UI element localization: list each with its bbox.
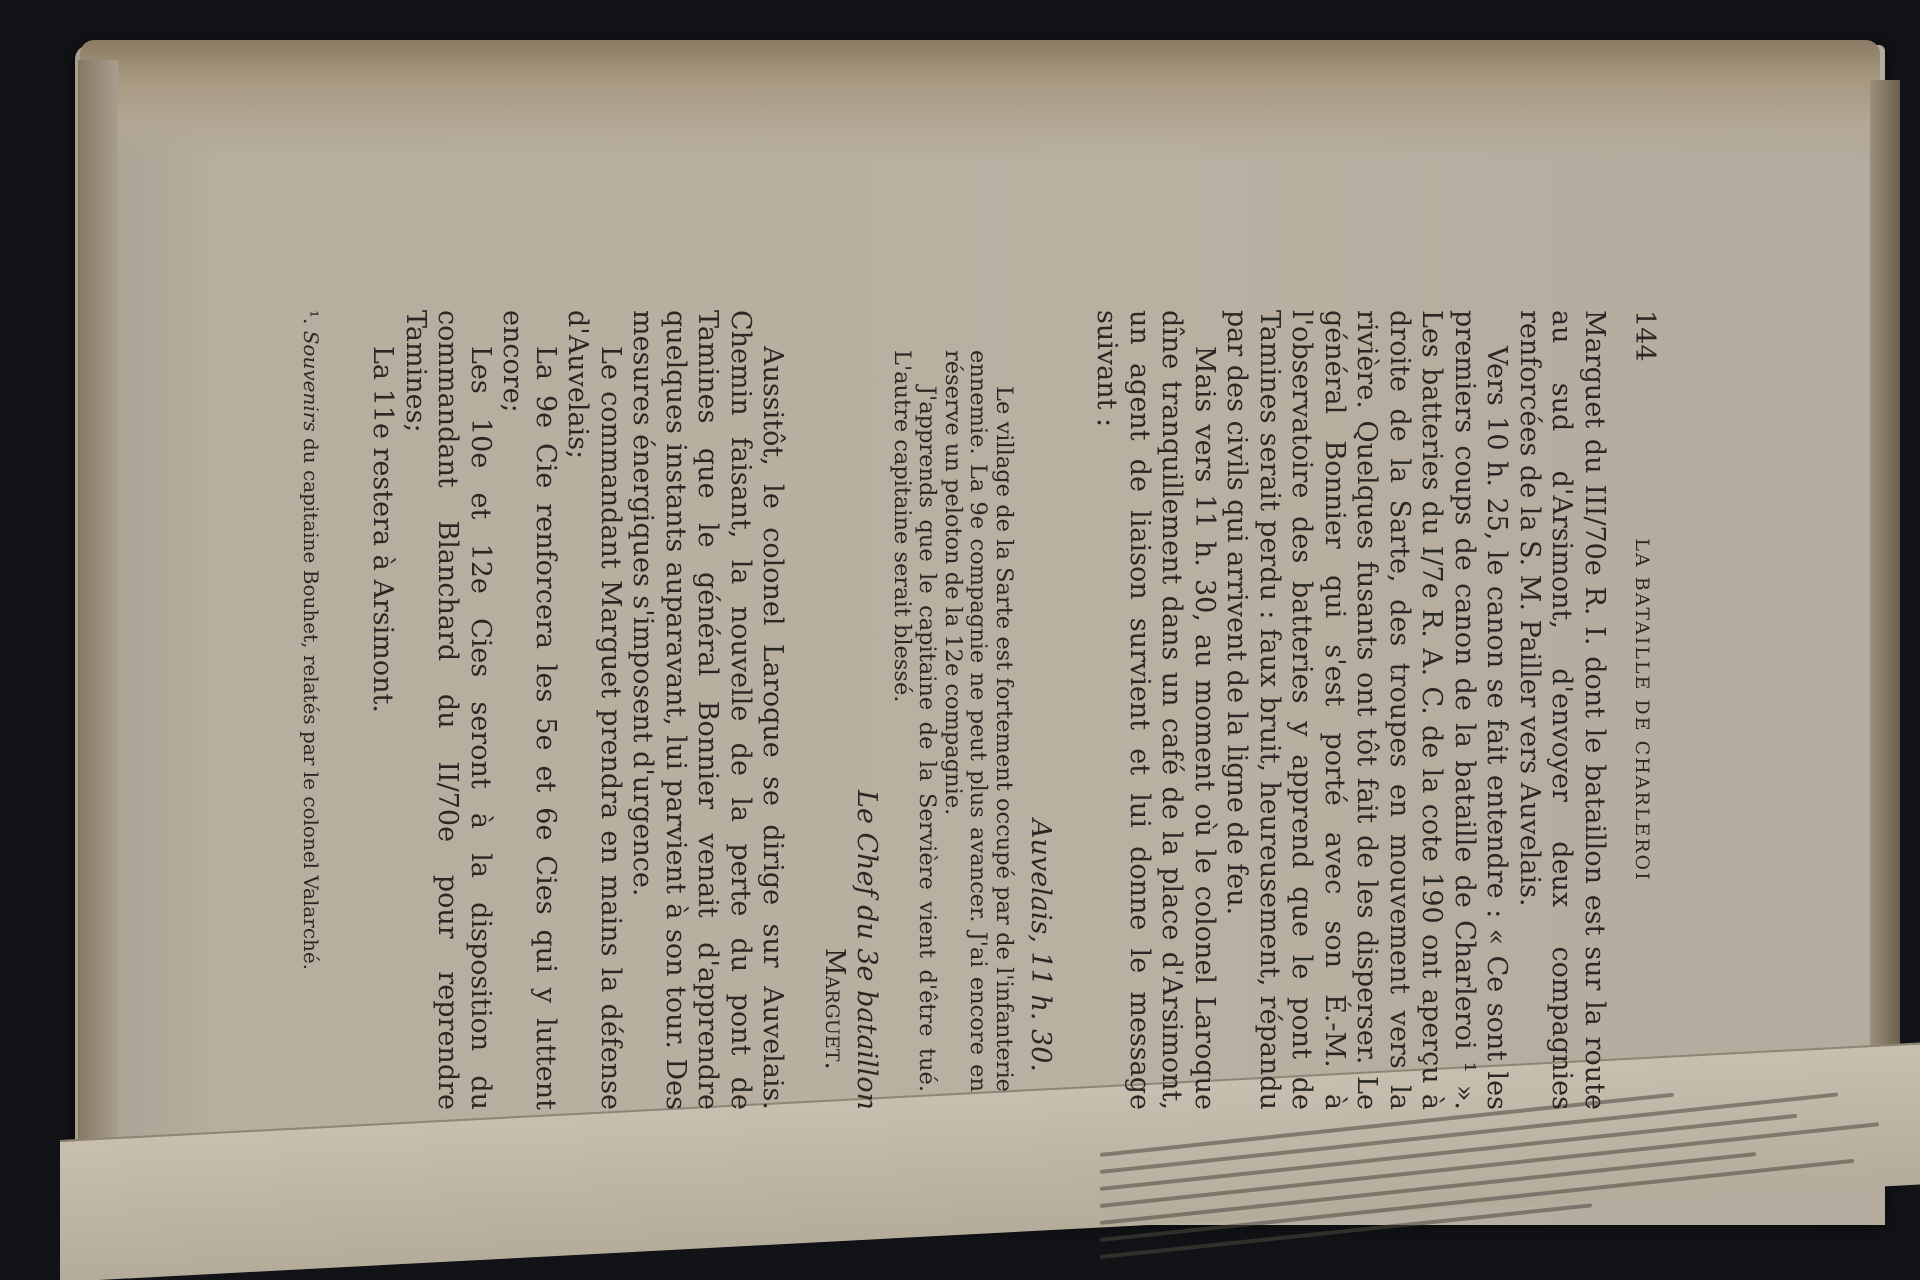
message-paragraph: J'apprends que le capitaine de la Serviè… [889, 350, 940, 1092]
paragraph: Aussitôt, le colonel Laroque se dirige s… [626, 310, 789, 1110]
paragraph: Le commandant Marguet prendra en mains l… [561, 310, 626, 1110]
paragraph: Les 10e et 12e Cies seront à la disposit… [399, 310, 497, 1110]
footnote-text: du capitaine Bouhet, relatés par le colo… [299, 438, 323, 970]
footnote-marker: ¹. [299, 310, 323, 324]
paragraph: Marguet du III/70e R. I. dont le bataill… [1513, 310, 1611, 1110]
paragraph: Vers 10 h. 25, le canon se fait entendre… [1220, 310, 1513, 1110]
message-paragraph: Le village de la Sarte est fortement occ… [940, 350, 1017, 1092]
footnote-italic: Souvenirs [299, 331, 323, 432]
running-title: LA BATAILLE DE CHARLEROI [1626, 370, 1659, 1110]
page-edges-top [80, 40, 1880, 160]
page-edges-right [1870, 80, 1900, 1180]
quoted-message: Auvelais, 11 h. 30. Le village de la Sar… [819, 350, 1057, 1092]
message-heading: Auvelais, 11 h. 30. [1024, 350, 1056, 1092]
running-head: 144 LA BATAILLE DE CHARLEROI [1620, 310, 1660, 1110]
paragraph: La 11e restera à Arsimont. [366, 310, 399, 1110]
signature-title: Le Chef du 3e bataillon [851, 350, 883, 1110]
page-number: 144 [1628, 310, 1661, 370]
footnote: ¹. Souvenirs du capitaine Bouhet, relaté… [298, 310, 324, 1110]
signature-name: Marguet. [819, 350, 851, 1110]
paragraph: Mais vers 11 h. 30, au moment où le colo… [1090, 310, 1220, 1110]
paragraph: La 9e Cie renforcera les 5e et 6e Cies q… [496, 310, 561, 1110]
book-spine-edge [78, 60, 118, 1180]
message-signature: Le Chef du 3e bataillon Marguet. [819, 350, 883, 1110]
page-text: 144 LA BATAILLE DE CHARLEROI Marguet du … [290, 310, 1660, 1110]
